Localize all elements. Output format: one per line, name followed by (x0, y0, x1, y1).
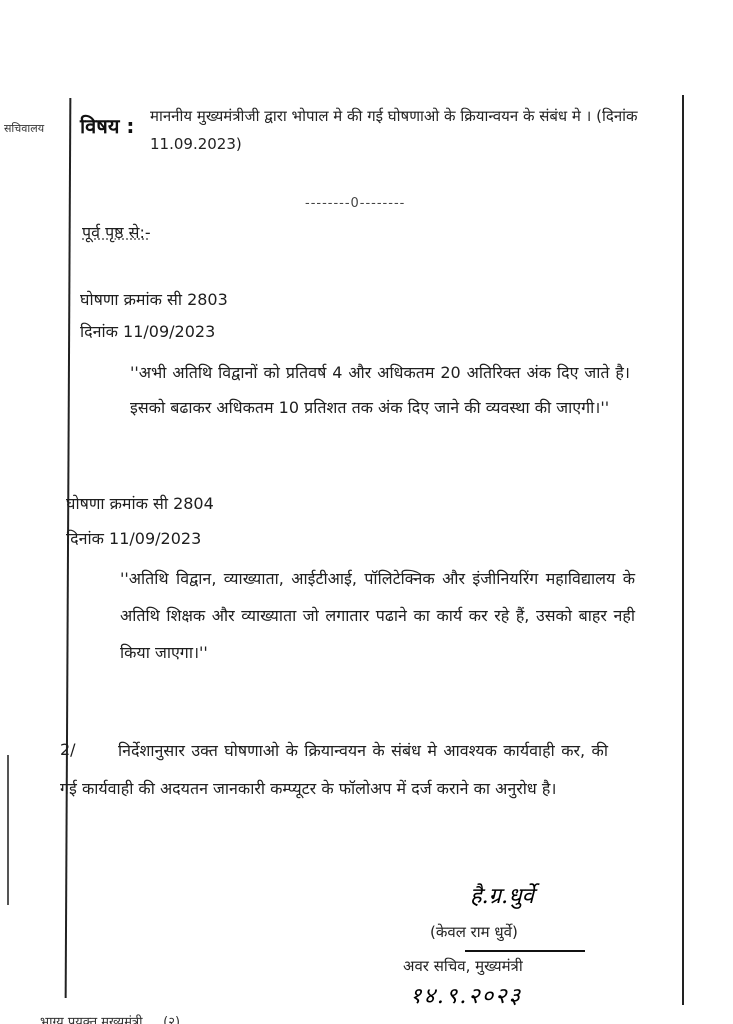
signature-scribble: है.ग्र.धुर्वे (470, 880, 534, 910)
paragraph-text: निर्देशानुसार उक्त घोषणाओ के क्रियान्वयन… (60, 732, 608, 808)
footer-partial-text: भाग्य प्रयुक्त मुख्यमंत्री ... (२) (40, 1012, 180, 1024)
announcement-text: ''अभी अतिथि विद्वानों को प्रतिवर्ष 4 और … (130, 355, 630, 425)
signatory-designation: अवर सचिव, मुख्यमंत्री (403, 956, 523, 976)
signature-underline (465, 950, 585, 952)
announcement-date: दिनांक 11/09/2023 (66, 527, 201, 549)
announcement-date: दिनांक 11/09/2023 (80, 320, 215, 342)
signatory-name: (केवल राम धुर्वे) (430, 922, 518, 942)
handwritten-date: १४.९.२०२३ (410, 980, 522, 1010)
subject-text: माननीय मुख्यमंत्रीजी द्वारा भोपाल मे की … (150, 102, 650, 158)
separator: --------0-------- (305, 196, 405, 211)
announcement-number: घोषणा क्रमांक सी 2803 (80, 288, 228, 310)
left-edge-mark (7, 755, 9, 905)
announcement-number: घोषणा क्रमांक सी 2804 (66, 492, 214, 514)
subject-label: विषय : (80, 112, 134, 139)
announcement-text: ''अतिथि विद्वान, व्याख्याता, आईटीआई, पॉल… (120, 560, 635, 671)
side-label: सचिवालय (4, 121, 44, 136)
continued-from: पूर्व पृष्ठ से:- (82, 221, 151, 243)
right-margin-rule (682, 95, 684, 1005)
paragraph-text-body: निर्देशानुसार उक्त घोषणाओ के क्रियान्वयन… (60, 741, 608, 798)
